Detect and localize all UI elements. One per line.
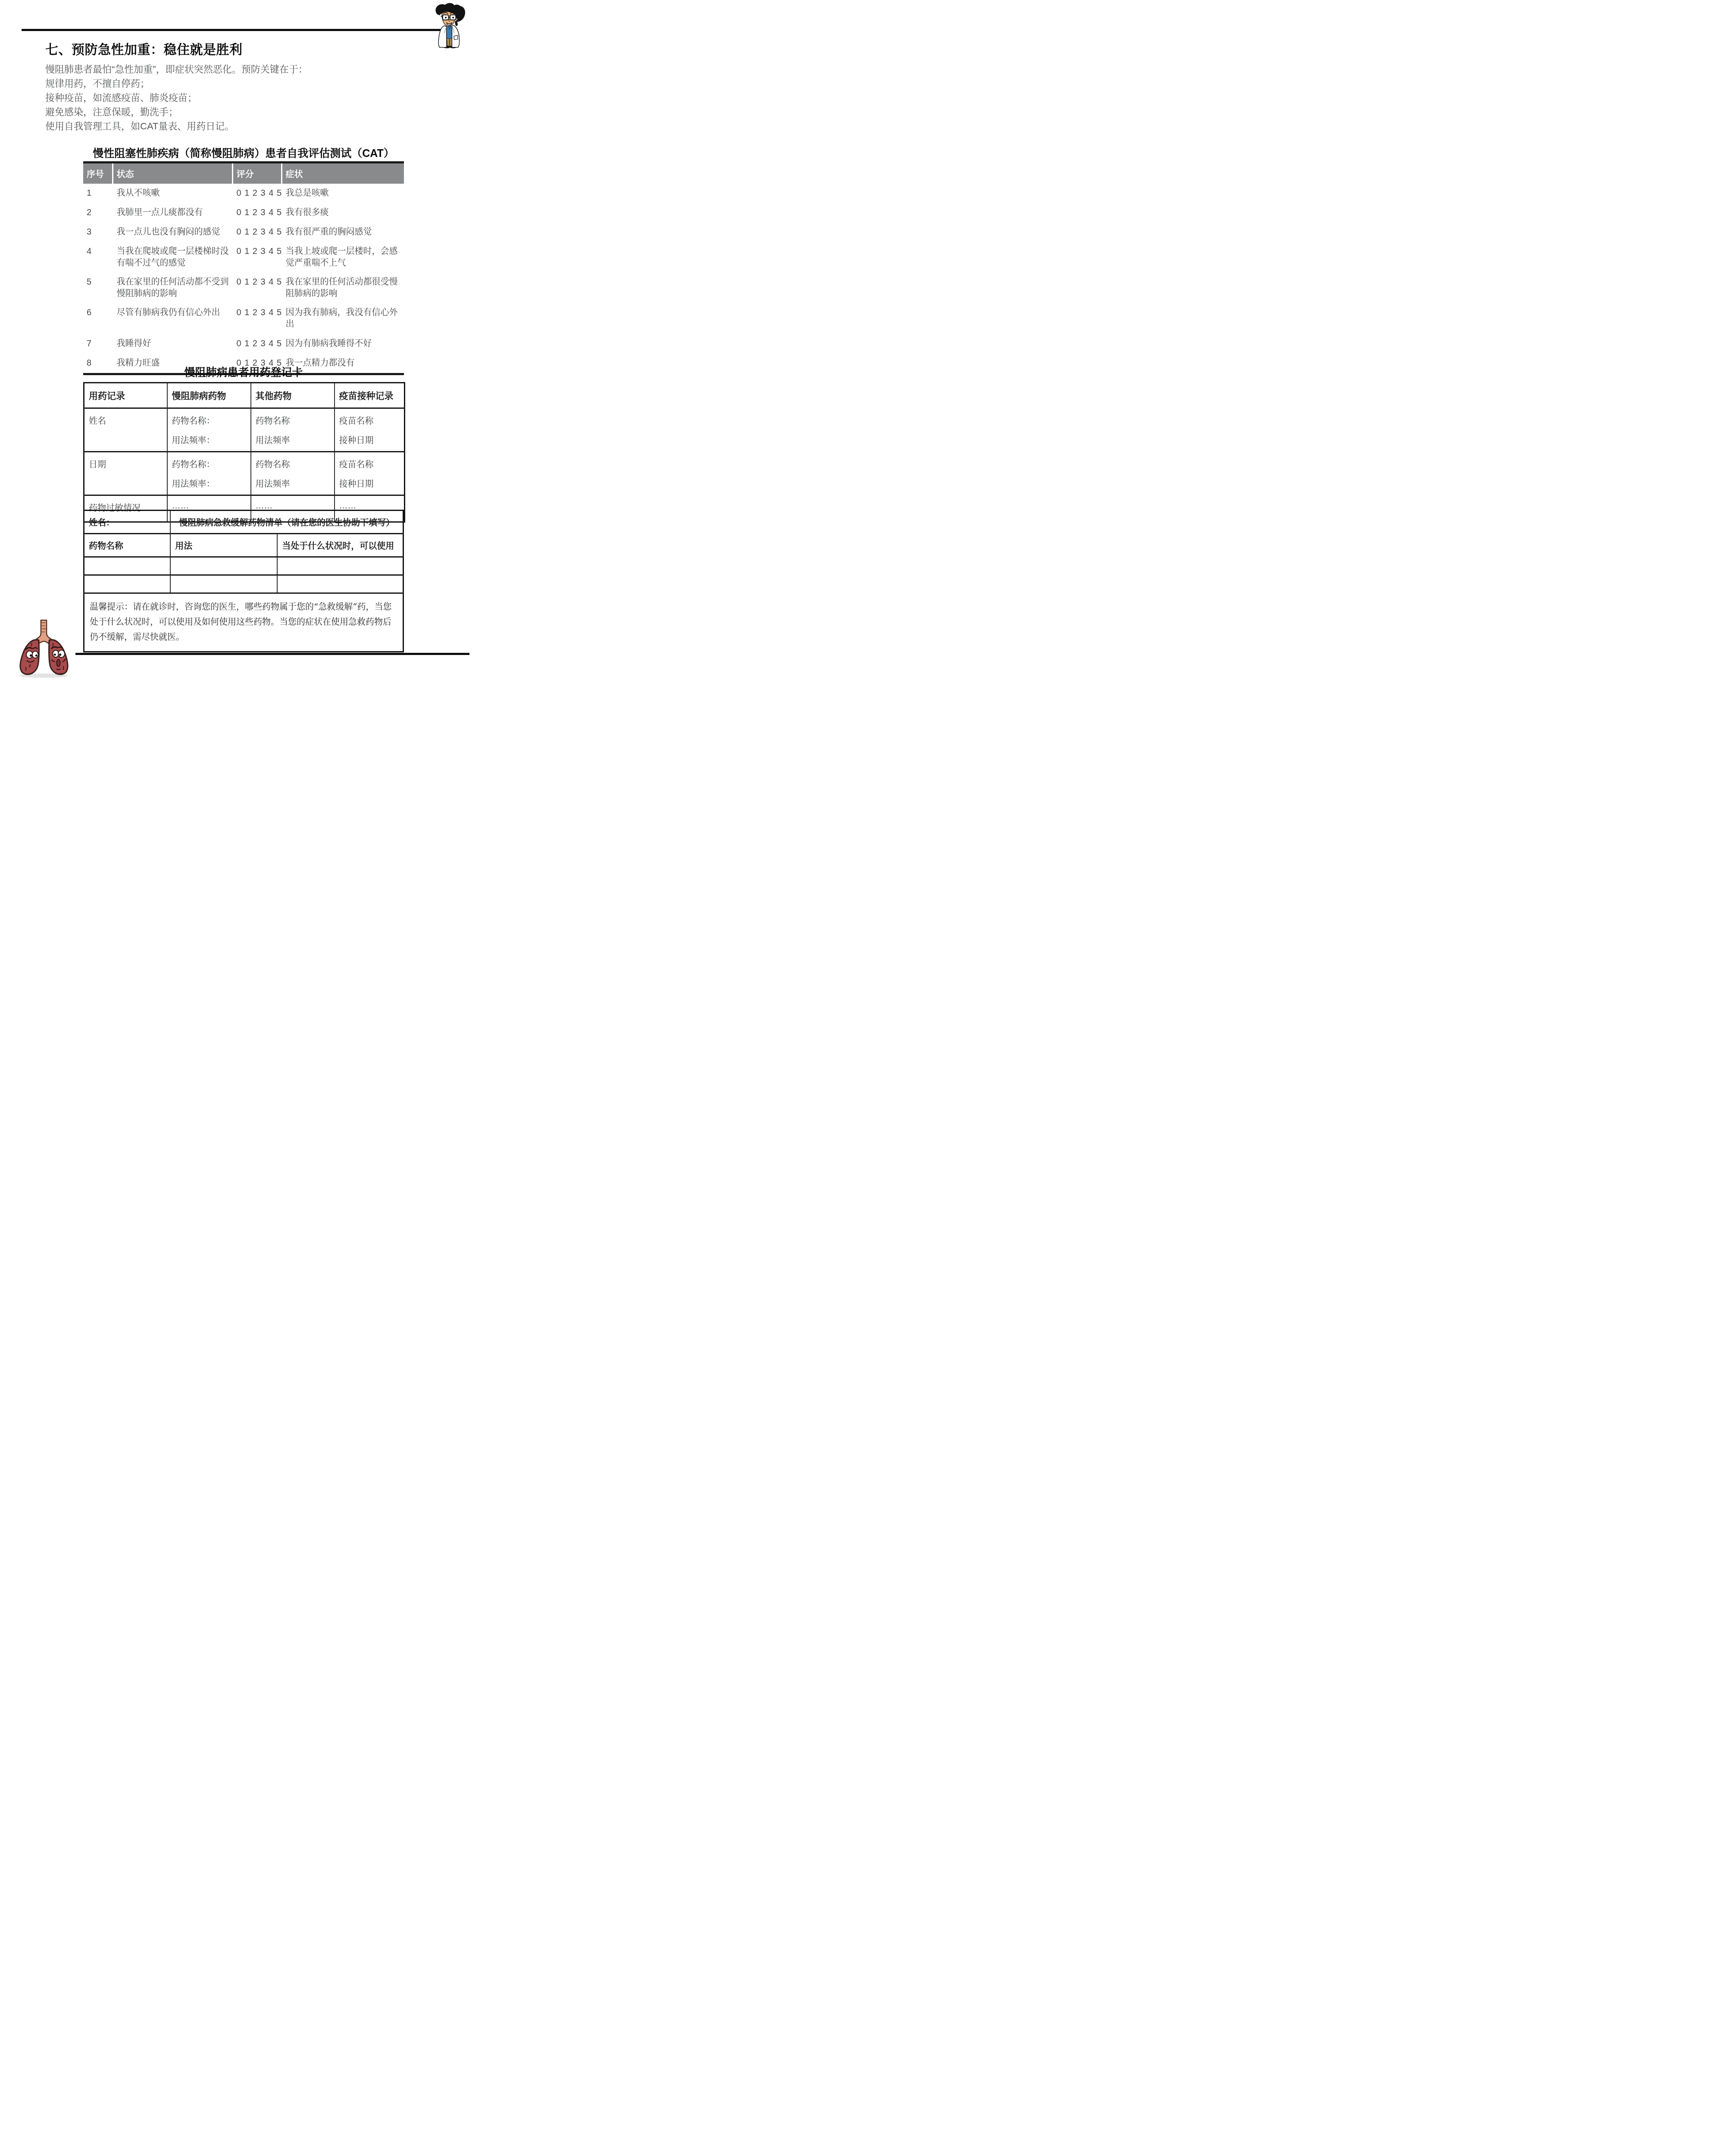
drug-name-label: 药物名称 xyxy=(256,414,330,426)
vaccine-cell: 疫苗名称 接种日期 xyxy=(335,408,405,452)
symptom-text: 因为我有肺病，我没有信心外出 xyxy=(282,303,404,334)
cat-row: 4 当我在爬坡或爬一层楼梯时没有喘不过气的感觉 0 1 2 3 4 5 当我上坡… xyxy=(83,242,404,273)
other-drug-cell: 药物名称 用法频率 xyxy=(251,452,335,495)
page-title: 七、预防急性加重：稳住就是胜利 xyxy=(45,39,243,58)
cat-table: 序号 状态 评分 症状 1 我从不咳嗽 0 1 2 3 4 5 我总是咳嗽 2 … xyxy=(83,161,404,375)
empty-cell xyxy=(277,557,403,575)
row-label: 姓名 xyxy=(84,408,167,452)
symptom-text: 我总是咳嗽 xyxy=(282,184,404,203)
row-number: 3 xyxy=(83,222,113,242)
symptom-text: 我在家里的任何活动都很受慢阻肺病的影响 xyxy=(282,273,404,303)
intro-line: 接种疫苗，如流感疫苗、肺炎疫苗； xyxy=(45,91,416,105)
state-text: 我一点儿也没有胸闷的感觉 xyxy=(113,222,232,242)
cat-header-no: 序号 xyxy=(83,163,113,184)
med-header-copd-drug: 慢阻肺病药物 xyxy=(167,383,251,408)
page: 七、预防急性加重：稳住就是胜利 慢阻肺患者最怕“急性加重”，即症状突然恶化。预防… xyxy=(0,0,484,685)
other-drug-cell: 药物名称 用法频率 xyxy=(251,408,335,452)
empty-cell xyxy=(84,575,171,593)
score-scale: 0 1 2 3 4 5 xyxy=(232,242,282,273)
cat-row: 1 我从不咳嗽 0 1 2 3 4 5 我总是咳嗽 xyxy=(83,184,404,203)
reminder-note: 温馨提示：请在就诊时，咨询您的医生，哪些药物属于您的“急救缓解”药，当您处于什么… xyxy=(84,593,404,652)
vaccine-name-label: 疫苗名称 xyxy=(339,458,400,470)
rescue-med-table: 姓名： 慢阻肺病急救缓解药物清单（请在您的医生协助下填写） 药物名称 用法 当处… xyxy=(83,510,404,652)
intro-line: 避免感染，注意保暖，勤洗手； xyxy=(45,105,416,119)
med-header-other-drug: 其他药物 xyxy=(251,383,335,408)
row-number: 7 xyxy=(83,334,113,354)
row-number: 5 xyxy=(83,273,113,303)
cat-header-row: 序号 状态 评分 症状 xyxy=(83,163,404,184)
row-number: 4 xyxy=(83,242,113,273)
empty-cell xyxy=(277,575,403,593)
bottom-divider xyxy=(75,653,469,655)
row-number: 1 xyxy=(83,184,113,203)
rescue-header-condition: 当处于什么状况时，可以使用 xyxy=(277,534,403,557)
rescue-header-usage: 用法 xyxy=(170,534,277,557)
state-text: 我睡得好 xyxy=(113,334,232,354)
cat-header-symptom: 症状 xyxy=(282,163,404,184)
rescue-header-drug-name: 药物名称 xyxy=(84,534,171,557)
state-text: 尽管有肺病我仍有信心外出 xyxy=(113,303,232,334)
symptom-text: 当我上坡或爬一层楼时，会感觉严重喘不上气 xyxy=(282,242,404,273)
name-label: 姓名： xyxy=(84,511,171,534)
med-header-record: 用药记录 xyxy=(84,383,167,408)
med-card-row: 日期 药物名称： 用法频率： 药物名称 用法频率 疫苗名称 接种日期 xyxy=(84,452,405,495)
score-scale: 0 1 2 3 4 5 xyxy=(232,203,282,222)
drug-name-label: 药物名称： xyxy=(172,414,246,426)
score-scale: 0 1 2 3 4 5 xyxy=(232,334,282,354)
row-number: 2 xyxy=(83,203,113,222)
med-header-vaccine: 疫苗接种记录 xyxy=(335,383,405,408)
score-scale: 0 1 2 3 4 5 xyxy=(232,273,282,303)
drug-name-label: 药物名称： xyxy=(172,458,246,470)
cat-header-state: 状态 xyxy=(113,163,232,184)
vaccine-date-label: 接种日期 xyxy=(339,433,400,446)
rescue-title-row: 姓名： 慢阻肺病急救缓解药物清单（请在您的医生协助下填写） xyxy=(84,511,404,534)
state-text: 我在家里的任何活动都不受到慢阻肺病的影响 xyxy=(113,273,232,303)
cat-row: 7 我睡得好 0 1 2 3 4 5 因为有肺病我睡得不好 xyxy=(83,334,404,354)
med-card-header-row: 用药记录 慢阻肺病药物 其他药物 疫苗接种记录 xyxy=(84,383,405,408)
symptom-text: 我有很多痰 xyxy=(282,203,404,222)
med-card-table: 用药记录 慢阻肺病药物 其他药物 疫苗接种记录 姓名 药物名称： 用法频率： 药… xyxy=(83,382,405,523)
rescue-list-title: 慢阻肺病急救缓解药物清单（请在您的医生协助下填写） xyxy=(170,511,403,534)
med-card-title: 慢阻肺病患者用药登记卡 xyxy=(83,364,404,379)
cat-row: 6 尽管有肺病我仍有信心外出 0 1 2 3 4 5 因为我有肺病，我没有信心外… xyxy=(83,303,404,334)
lungs-mascot-icon xyxy=(11,618,77,679)
rescue-note-row: 温馨提示：请在就诊时，咨询您的医生，哪些药物属于您的“急救缓解”药，当您处于什么… xyxy=(84,593,404,652)
cat-header-score: 评分 xyxy=(232,163,282,184)
intro-line: 慢阻肺患者最怕“急性加重”，即症状突然恶化。预防关键在于： xyxy=(45,62,416,76)
row-label: 日期 xyxy=(84,452,167,495)
vaccine-name-label: 疫苗名称 xyxy=(339,414,400,426)
rescue-empty-row xyxy=(84,557,404,575)
cat-table-title: 慢性阻塞性肺疾病（简称慢阻肺病）患者自我评估测试（CAT） xyxy=(83,145,404,160)
med-card-row: 姓名 药物名称： 用法频率： 药物名称 用法频率 疫苗名称 接种日期 xyxy=(84,408,405,452)
copd-drug-cell: 药物名称： 用法频率： xyxy=(167,408,251,452)
vaccine-cell: 疫苗名称 接种日期 xyxy=(335,452,405,495)
doctor-mascot-icon xyxy=(431,2,468,50)
vaccine-date-label: 接种日期 xyxy=(339,477,400,489)
usage-frequency-label: 用法频率 xyxy=(256,477,330,489)
cat-row: 3 我一点儿也没有胸闷的感觉 0 1 2 3 4 5 我有很严重的胸闷感觉 xyxy=(83,222,404,242)
state-text: 我肺里一点儿痰都没有 xyxy=(113,203,232,222)
intro-line: 使用自我管理工具，如CAT量表、用药日记。 xyxy=(45,119,416,133)
empty-cell xyxy=(170,575,277,593)
symptom-text: 我有很严重的胸闷感觉 xyxy=(282,222,404,242)
score-scale: 0 1 2 3 4 5 xyxy=(232,303,282,334)
state-text: 我从不咳嗽 xyxy=(113,184,232,203)
row-number: 6 xyxy=(83,303,113,334)
usage-frequency-label: 用法频率： xyxy=(172,433,246,446)
empty-cell xyxy=(170,557,277,575)
copd-drug-cell: 药物名称： 用法频率： xyxy=(167,452,251,495)
score-scale: 0 1 2 3 4 5 xyxy=(232,222,282,242)
intro-line: 规律用药，不擅自停药； xyxy=(45,76,416,91)
rescue-header-row: 药物名称 用法 当处于什么状况时，可以使用 xyxy=(84,534,404,557)
usage-frequency-label: 用法频率： xyxy=(172,477,246,489)
top-divider xyxy=(22,29,442,31)
score-scale: 0 1 2 3 4 5 xyxy=(232,184,282,203)
symptom-text: 因为有肺病我睡得不好 xyxy=(282,334,404,354)
intro-paragraph: 慢阻肺患者最怕“急性加重”，即症状突然恶化。预防关键在于： 规律用药，不擅自停药… xyxy=(45,62,416,133)
cat-row: 2 我肺里一点儿痰都没有 0 1 2 3 4 5 我有很多痰 xyxy=(83,203,404,222)
state-text: 当我在爬坡或爬一层楼梯时没有喘不过气的感觉 xyxy=(113,242,232,273)
rescue-empty-row xyxy=(84,575,404,593)
drug-name-label: 药物名称 xyxy=(256,458,330,470)
cat-row: 5 我在家里的任何活动都不受到慢阻肺病的影响 0 1 2 3 4 5 我在家里的… xyxy=(83,273,404,303)
empty-cell xyxy=(84,557,171,575)
usage-frequency-label: 用法频率 xyxy=(256,433,330,446)
